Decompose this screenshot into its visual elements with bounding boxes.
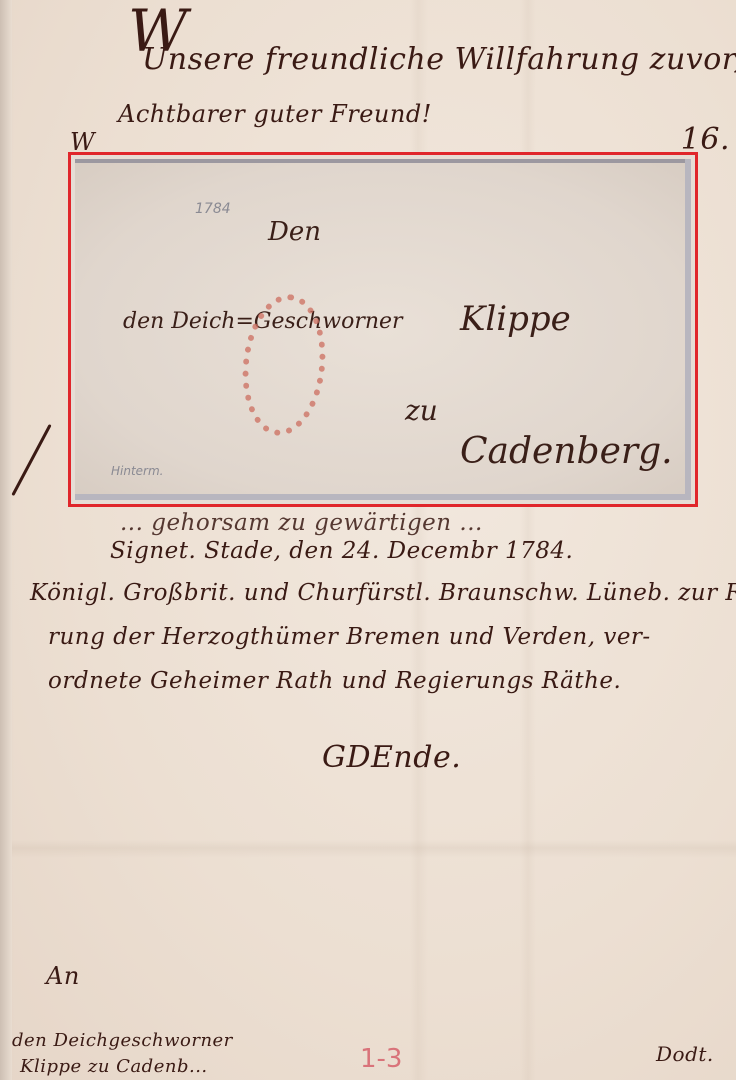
pencil-year: 1784 (195, 201, 231, 217)
envelope-line-1: Den (268, 217, 321, 247)
signature: GDEnde. (322, 740, 461, 775)
letter-page: W Unsere freundliche Willfahrung zuvor, … (0, 0, 736, 1080)
margin-note-dodt: Dodt. (656, 1042, 714, 1066)
address-line-1: An (46, 962, 80, 990)
date-line: Signet. Stade, den 24. Decembr 1784. (110, 538, 573, 564)
body-line: ... gehorsam zu gewärtigen ... (120, 510, 483, 536)
salutation-line-1: Unsere freundliche Willfahrung zuvor, (142, 42, 736, 77)
closing-line-3: ordnete Geheimer Rath und Regierungs Rät… (48, 668, 621, 694)
envelope-image: 1784 Den den Deich=Geschworner Klippe zu… (75, 159, 691, 500)
salutation-line-2: Achtbarer guter Freund! (118, 100, 432, 128)
envelope-destination: Cadenberg. (460, 431, 673, 472)
closing-line-2: rung der Herzogthümer Bremen und Verden,… (48, 624, 651, 650)
address-line-2: den Deichgeschworner (12, 1030, 233, 1051)
address-line-3: Klippe zu Cadenb... (20, 1056, 208, 1077)
pencil-note: Hinterm. (111, 464, 164, 478)
closing-line-1: Königl. Großbrit. und Churfürstl. Brauns… (30, 580, 736, 606)
red-pencil-mark: 1-3 (360, 1044, 402, 1074)
envelope-recipient-name: Klippe (460, 299, 571, 339)
envelope-inset-frame: 1784 Den den Deich=Geschworner Klippe zu… (68, 152, 698, 507)
margin-stroke (11, 424, 51, 496)
envelope-line-3: zu (405, 394, 438, 427)
